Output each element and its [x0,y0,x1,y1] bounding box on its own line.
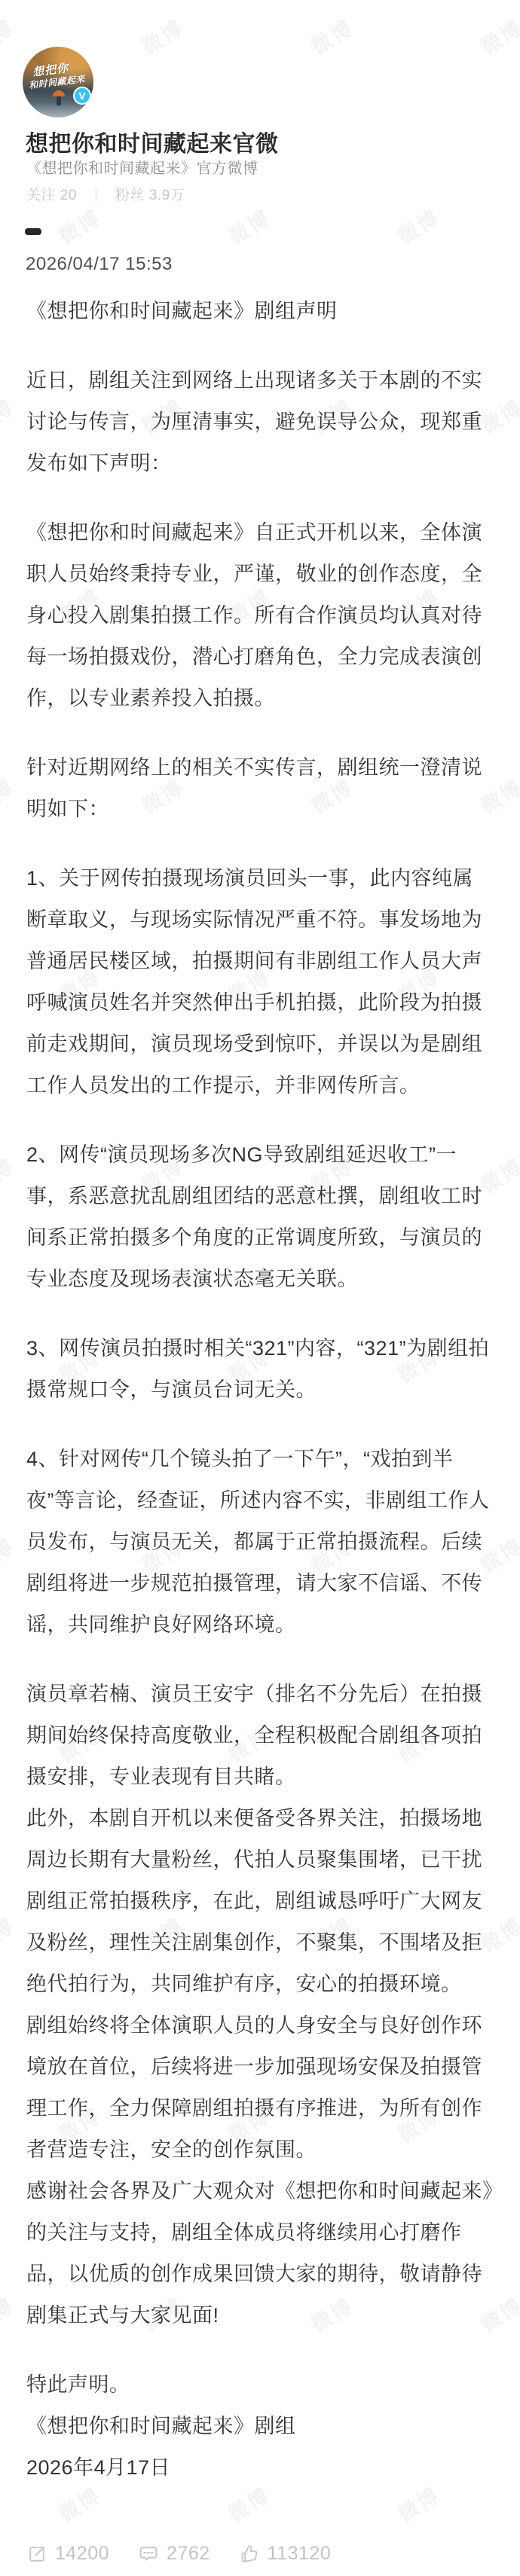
post-paragraph: 近日，剧组关注到网络上出现诸多关于本剧的不实讨论与传言，为厘清事实，避免误导公众… [26,360,494,484]
watermark-text: 微博 [474,11,520,60]
following-label: 关注 [26,188,56,203]
like-count: 113120 [268,2543,332,2565]
repost-icon [26,2544,47,2565]
profile-name: 想把你和时间藏起来官微 [26,125,279,158]
watermark-text: 微博 [0,1909,20,1958]
post-paragraph: 《想把你和时间藏起来》自正式开机以来，全体演职人员始终秉持专业，严谨，敬业的创作… [26,512,494,719]
watermark-text: 微博 [0,391,20,440]
comment-button[interactable]: 2762 [138,2543,210,2565]
post-paragraph: 《想把你和时间藏起来》剧组 [26,2406,494,2447]
followers-label: 粉丝 [115,188,145,203]
comment-count: 2762 [167,2543,210,2565]
post-paragraph: 《想把你和时间藏起来》剧组声明 [26,291,494,332]
watermark-text: 微博 [0,771,20,819]
avatar-image: 想把你 和时间藏起来 [23,47,93,118]
verified-badge-icon: V [73,87,91,105]
watermark-text: 微博 [0,1150,20,1199]
post-paragraph: 此外，本剧自开机以来便备受各界关注，拍摄场地周边长期有大量粉丝，代拍人员聚集围堵… [26,1798,494,2005]
like-icon [239,2544,260,2565]
profile-description: 《想把你和时间藏起来》官方微博 [26,156,258,178]
post-paragraph: 剧组始终将全体演职人员的人身安全与良好创作环境放在首位，后续将进一步加强现场安保… [26,2005,494,2171]
repost-button[interactable]: 14200 [26,2543,109,2565]
comment-icon [138,2544,159,2565]
post-paragraph: 2、网传“演员现场多次NG导致剧组延迟收工”一事，系恶意扰乱剧组团结的恶意杜撰，… [26,1134,494,1300]
umbrella-graphic [53,90,65,96]
post-body: 《想把你和时间藏起来》剧组声明近日，剧组关注到网络上出现诸多关于本剧的不实讨论与… [26,291,494,2489]
profile-stats: 关注 20 ｜ 粉丝 3.9万 [26,184,185,204]
watermark-text: 微博 [0,11,20,60]
post-paragraph: 1、关于网传拍摄现场演员回头一事，此内容纯属断章取义，与现场实际情况严重不符。事… [26,858,494,1106]
post-paragraph: 感谢社会各界及广大观众对《想把你和时间藏起来》的关注与支持，剧组全体成员将继续用… [26,2171,494,2336]
avatar[interactable]: 想把你 和时间藏起来 V [23,47,93,118]
weibo-long-image-card: 微博微博微博微博微博微博微博微博微博微博微博微博微博微博微博微博微博微博微博微博… [0,0,520,2576]
watermark-text: 微博 [222,201,276,250]
watermark-text: 微博 [0,1530,20,1579]
following-count: 20 [60,188,77,203]
watermark-text: 微博 [0,2289,20,2338]
watermark-text: 微博 [391,201,445,250]
watermark-text: 微博 [52,201,106,250]
post-timestamp: 2026/04/17 15:53 [26,254,173,275]
watermark-text: 微博 [135,11,189,60]
post-paragraph: 3、网传演员拍摄时相关“321”内容，“321”为剧组拍摄常规口令，与演员台词无… [26,1328,494,1411]
action-bar: 14200 2762 113120 [26,2543,331,2565]
post-paragraph: 针对近期网络上的相关不实传言，剧组统一澄清说明如下： [26,747,494,830]
post-paragraph: 特此声明。 [26,2364,494,2406]
post-paragraph: 演员章若楠、演员王安宇（排名不分先后）在拍摄期间始终保持高度敬业，全程积极配合剧… [26,1674,494,1798]
content-dash [25,228,41,235]
like-button[interactable]: 113120 [239,2543,332,2565]
watermark-text: 微博 [304,11,359,60]
stats-separator: ｜ [89,188,104,203]
repost-count: 14200 [55,2543,109,2565]
post-paragraph: 4、针对网传“几个镜头拍了一下午”，“戏拍到半夜”等言论，经查证，所述内容不实，… [26,1439,494,1646]
figure-graphic [57,96,61,105]
followers-count: 3.9万 [149,188,185,203]
post-paragraph: 2026年4月17日 [26,2447,494,2489]
